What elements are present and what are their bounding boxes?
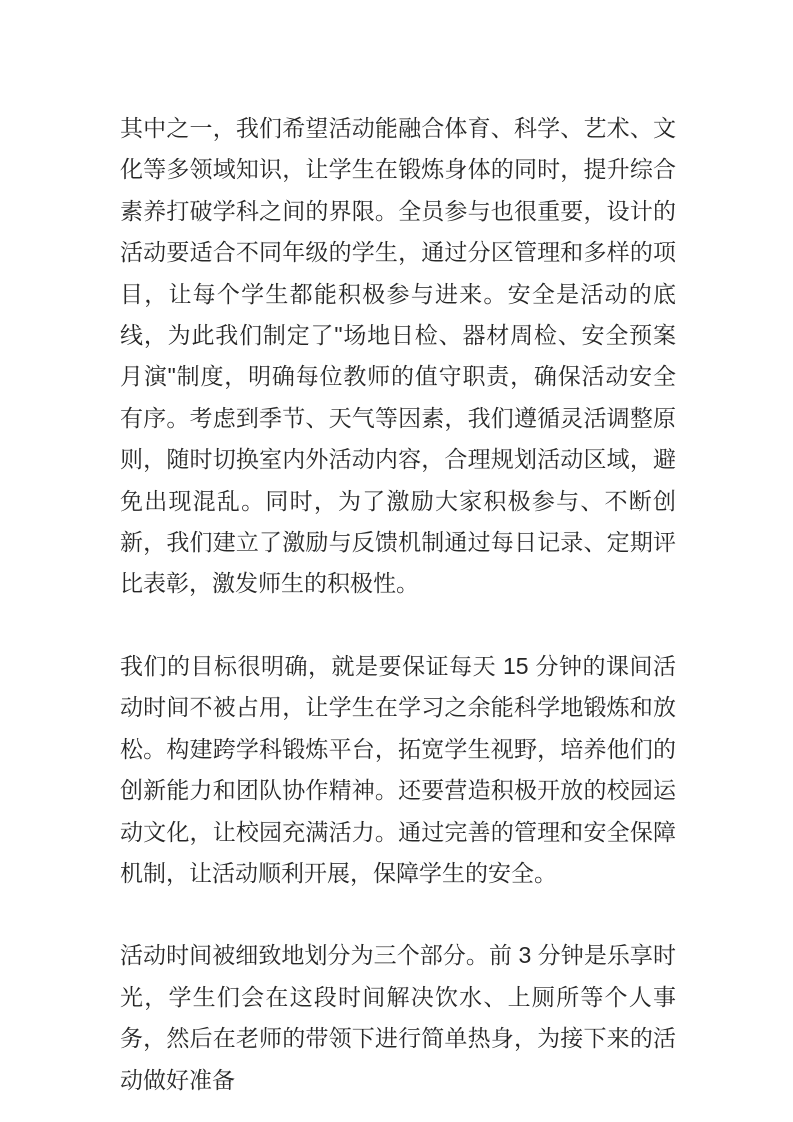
document-page: 其中之一，我们希望活动能融合体育、科学、艺术、文化等多领域知识，让学生在锻炼身体…	[0, 0, 793, 1122]
body-paragraph-1: 其中之一，我们希望活动能融合体育、科学、艺术、文化等多领域知识，让学生在锻炼身体…	[120, 108, 676, 605]
body-paragraph-3: 活动时间被细致地划分为三个部分。前 3 分钟是乐享时光，学生们会在这段时间解决饮…	[120, 935, 676, 1101]
body-paragraph-2: 我们的目标很明确，就是要保证每天 15 分钟的课间活动时间不被占用，让学生在学习…	[120, 646, 676, 894]
